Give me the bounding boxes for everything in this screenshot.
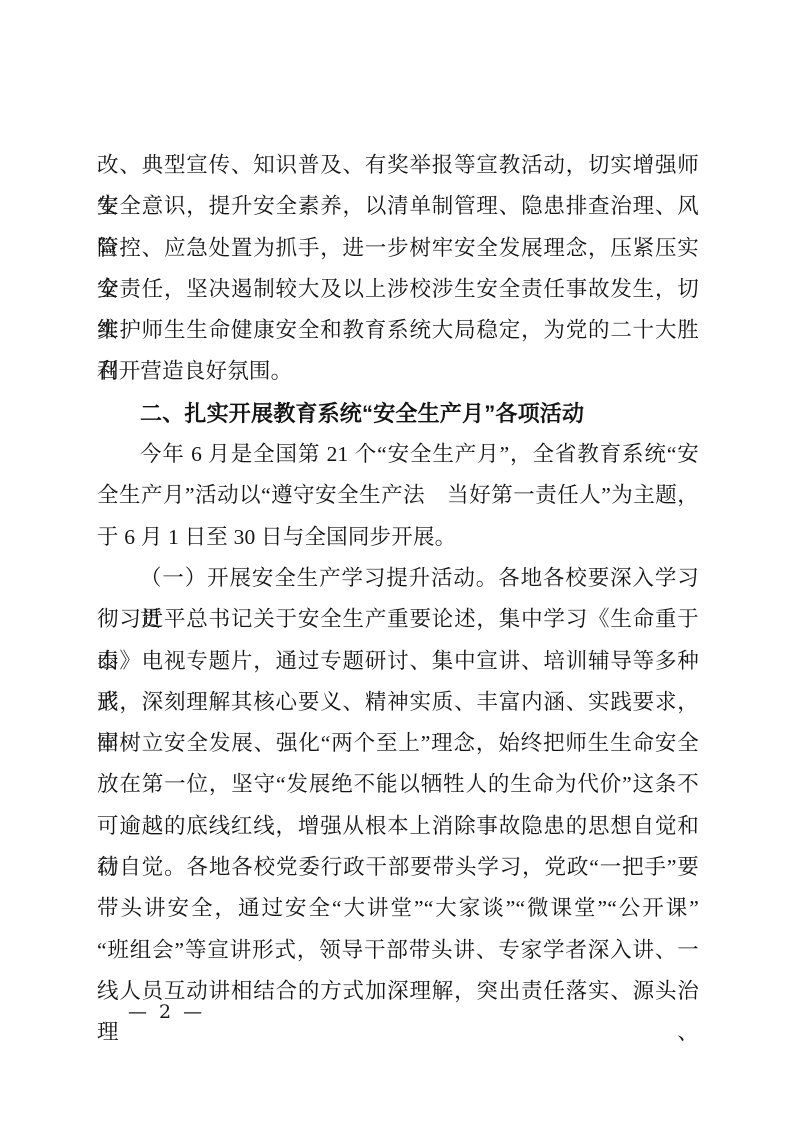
para3-line3: 山》电视专题片，通过专题研讨、集中宣讲、培训辅导等多种形	[97, 641, 699, 682]
para3-line4: 式，深刻理解其核心要义、精神实质、丰富内涵、实践要求，牢	[97, 682, 699, 723]
para2-line2: 全生产月”活动以“遵守安全生产法 当好第一责任人”为主题，	[97, 475, 699, 516]
para3-line6: 放在第一位，坚守“发展绝不能以牺牲人的生命为代价”这条不	[97, 764, 699, 805]
text-segment-song: 固树立安全发展、强化“两个至上”理念，始终把师生生命安全	[97, 731, 699, 755]
para1-line1: 改、典型宣传、知识普及、有奖举报等宣教活动，切实增强师生	[97, 145, 699, 186]
text-segment-song: 于 6 月 1 日至 30 日与全国同步开展。	[97, 525, 456, 549]
para1-line2: 安全意识，提升安全素养，以清单制管理、隐患排查治理、风险	[97, 186, 699, 227]
para3-line1: （一）开展安全生产学习提升活动。各地各校要深入学习贯	[97, 558, 699, 599]
text-segment-song: 动自觉。各地各校党委行政干部要带头学习，党政“一把手”要	[97, 855, 699, 879]
page-number: — 2 —	[128, 999, 205, 1025]
para2-line1: 今年 6 月是全国第 21 个“安全生产月”，全省教育系统“安	[97, 434, 699, 475]
para3-line8: 动自觉。各地各校党委行政干部要带头学习，党政“一把手”要	[97, 847, 699, 888]
para1-line4: 全责任，坚决遏制较大及以上涉校涉生安全责任事故发生，切实	[97, 269, 699, 310]
section-heading: 二、扎实开展教育系统“安全生产月”各项活动	[97, 393, 699, 434]
para1-line5: 维护师生生命健康安全和教育系统大局稳定，为党的二十大胜利	[97, 310, 699, 351]
para2-line3: 于 6 月 1 日至 30 日与全国同步开展。	[97, 517, 699, 558]
para1-line3: 管控、应急处置为抓手，进一步树牢安全发展理念，压紧压实安	[97, 228, 699, 269]
text-segment-song: 全生产月”活动以“遵守安全生产法 当好第一责任人”为主题，	[97, 483, 699, 507]
document-page: 改、典型宣传、知识普及、有奖举报等宣教活动，切实增强师生安全意识，提升安全素养，…	[0, 0, 793, 1122]
para1-line6: 召开营造良好氛围。	[97, 351, 699, 392]
para3-line9: 带头讲安全，通过安全“大讲堂”“大家谈”“微课堂”“公开课”	[97, 888, 699, 929]
text-segment-song: 召开营造良好氛围。	[97, 359, 292, 383]
text-segment-song: “班组会”等宣讲形式，领导干部带头讲、专家学者深入讲、一	[97, 938, 699, 962]
para3-line5: 固树立安全发展、强化“两个至上”理念，始终把师生生命安全	[97, 723, 699, 764]
text-segment-song: 带头讲安全，通过安全“大讲堂”“大家谈”“微课堂”“公开课”	[97, 896, 699, 920]
text-segment-song: 放在第一位，坚守“发展绝不能以牺牲人的生命为代价”这条不	[97, 772, 699, 796]
text-segment-kai: （一）开展安全生产学习提升活动。	[140, 566, 498, 590]
document-text-block: 改、典型宣传、知识普及、有奖举报等宣教活动，切实增强师生安全意识，提升安全素养，…	[97, 145, 699, 1012]
text-segment-hei: 二、扎实开展教育系统“安全生产月”各项活动	[140, 401, 584, 426]
para3-line7: 可逾越的底线红线，增强从根本上消除事故隐患的思想自觉和行	[97, 806, 699, 847]
para3-line10: “班组会”等宣讲形式，领导干部带头讲、专家学者深入讲、一	[97, 930, 699, 971]
para3-line2: 彻习近平总书记关于安全生产重要论述，集中学习《生命重于泰	[97, 599, 699, 640]
text-segment-song: 今年 6 月是全国第 21 个“安全生产月”，全省教育系统“安	[140, 442, 699, 466]
